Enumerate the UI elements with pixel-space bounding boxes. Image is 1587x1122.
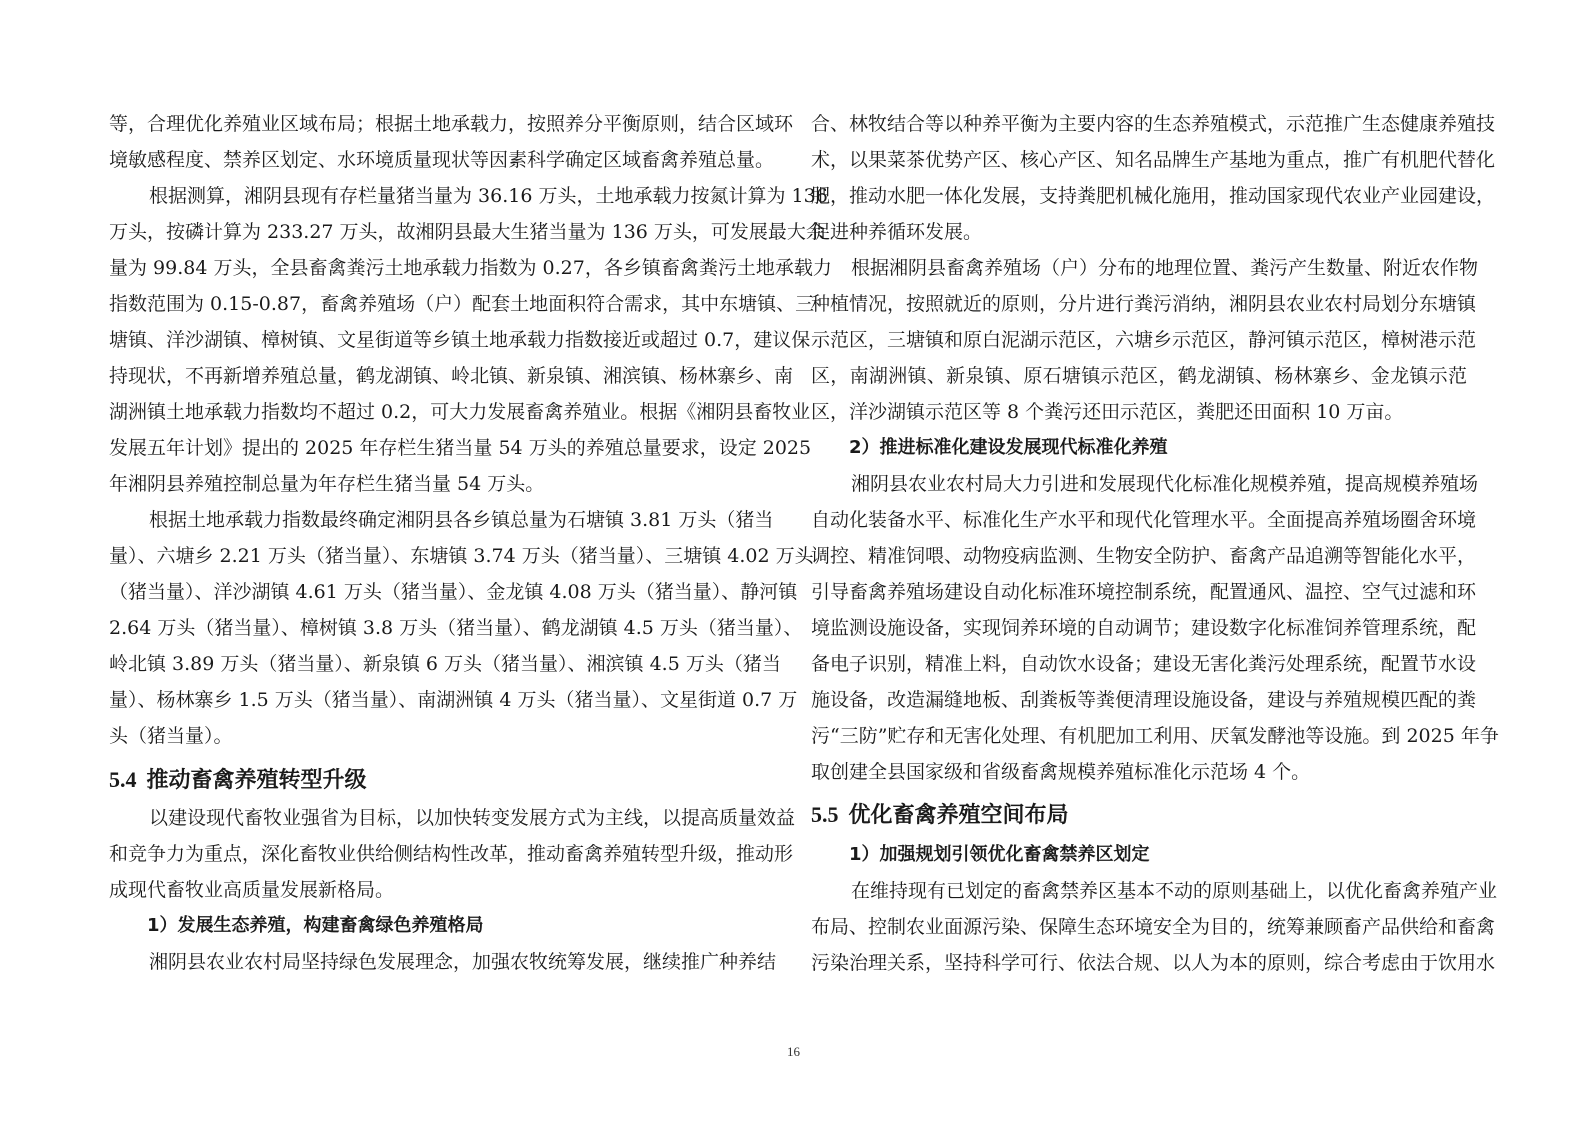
text-line: 促进种养循环发展。 [811,214,1467,250]
text-line: 根据测算，湘阴县现有存栏量猪当量为 36.16 万头，土地承载力按氮计算为 13… [109,178,765,214]
text-line: 岭北镇 3.89 万头（猪当量）、新泉镇 6 万头（猪当量）、湘滨镇 4.5 万… [109,646,765,682]
text-line: 以建设现代畜牧业强省为目标，以加快转变发展方式为主线，以提高质量效益 [109,800,765,836]
text-line: 指数范围为 0.15-0.87，畜禽养殖场（户）配套土地面积符合需求，其中东塘镇… [109,286,765,322]
text-line: 自动化装备水平、标准化生产水平和现代化管理水平。全面提高养殖场圈舍环境 [811,502,1467,538]
text-line: （猪当量）、洋沙湖镇 4.61 万头（猪当量）、金龙镇 4.08 万头（猪当量）… [109,574,765,610]
text-line: 在维持现有已划定的畜禽禁养区基本不动的原则基础上，以优化畜禽养殖产业 [811,873,1467,909]
text-line: 湘阴县农业农村局坚持绿色发展理念，加强农牧统筹发展，继续推广种养结 [109,944,765,980]
text-line: 塘镇、洋沙湖镇、樟树镇、文星街道等乡镇土地承载力指数接近或超过 0.7，建议保 [109,322,765,358]
text-line: 成现代畜牧业高质量发展新格局。 [109,872,765,908]
subheading-standardization: 2）推进标准化建设发展现代标准化养殖 [849,430,1168,466]
text-line: 等，合理优化养殖业区域布局；根据土地承载力，按照养分平衡原则，结合区域环 [109,106,765,142]
text-line: 湘阴县农业农村局大力引进和发展现代化标准化规模养殖，提高规模养殖场 [811,466,1467,502]
section-heading-5-4: 5.4推动畜禽养殖转型升级 [109,762,367,798]
text-line: 布局、控制农业面源污染、保障生态环境安全为目的，统筹兼顾畜产品供给和畜禽 [811,909,1467,945]
text-line: 和竞争力为重点，深化畜牧业供给侧结构性改革，推动畜禽养殖转型升级，推动形 [109,836,765,872]
text-line: 量）、六塘乡 2.21 万头（猪当量）、东塘镇 3.74 万头（猪当量）、三塘镇… [109,538,765,574]
text-line: 调控、精准饲喂、动物疫病监测、生物安全防护、畜禽产品追溯等智能化水平， [811,538,1467,574]
text-line: 区，南湖洲镇、新泉镇、原石塘镇示范区，鹤龙湖镇、杨林寨乡、金龙镇示范 [811,358,1467,394]
section-heading-5-5: 5.5优化畜禽养殖空间布局 [811,797,1069,833]
text-line: 肥，推动水肥一体化发展，支持粪肥机械化施用，推动国家现代农业产业园建设， [811,178,1467,214]
subheading-prohibited-zones: 1）加强规划引领优化畜禽禁养区划定 [849,837,1150,873]
text-line: 取创建全县国家级和省级畜禽规模养殖标准化示范场 4 个。 [811,754,1467,790]
text-line: 年湘阴县养殖控制总量为年存栏生猪当量 54 万头。 [109,466,765,502]
text-line: 境监测设施设备，实现饲养环境的自动调节；建设数字化标准饲养管理系统，配 [811,610,1467,646]
text-line: 根据土地承载力指数最终确定湘阴县各乡镇总量为石塘镇 3.81 万头（猪当 [109,502,765,538]
text-line: 区，洋沙湖镇示范区等 8 个粪污还田示范区，粪肥还田面积 10 万亩。 [811,394,1467,430]
text-line: 术，以果菜茶优势产区、核心产区、知名品牌生产基地为重点，推广有机肥代替化 [811,142,1467,178]
text-line: 备电子识别，精准上料，自动饮水设备；建设无害化粪污处理系统，配置节水设 [811,646,1467,682]
text-line: 湖洲镇土地承载力指数均不超过 0.2，可大力发展畜禽养殖业。根据《湘阴县畜牧业 [109,394,765,430]
text-line: 2.64 万头（猪当量）、樟树镇 3.8 万头（猪当量）、鹤龙湖镇 4.5 万头… [109,610,765,646]
text-line: 污“三防”贮存和无害化处理、有机肥加工利用、厌氧发酵池等设施。到 2025 年争 [811,718,1467,754]
section-title: 优化畜禽养殖空间布局 [849,803,1069,828]
text-line: 境敏感程度、禁养区划定、水环境质量现状等因素科学确定区域畜禽养殖总量。 [109,142,765,178]
section-number: 5.5 [811,802,839,827]
text-line: 量为 99.84 万头，全县畜禽粪污土地承载力指数为 0.27，各乡镇畜禽粪污土… [109,250,765,286]
text-line: 种植情况，按照就近的原则，分片进行粪污消纳，湘阴县农业农村局划分东塘镇 [811,286,1467,322]
text-line: 根据湘阴县畜禽养殖场（户）分布的地理位置、粪污产生数量、附近农作物 [811,250,1467,286]
text-line: 引导畜禽养殖场建设自动化标准环境控制系统，配置通风、温控、空气过滤和环 [811,574,1467,610]
text-line: 示范区，三塘镇和原白泥湖示范区，六塘乡示范区，静河镇示范区，樟树港示范 [811,322,1467,358]
text-line: 持现状，不再新增养殖总量，鹤龙湖镇、岭北镇、新泉镇、湘滨镇、杨林寨乡、南 [109,358,765,394]
text-line: 合、林牧结合等以种养平衡为主要内容的生态养殖模式，示范推广生态健康养殖技 [811,106,1467,142]
text-line: 污染治理关系，坚持科学可行、依法合规、以人为本的原则，综合考虑由于饮用水 [811,945,1467,981]
text-line: 头（猪当量）。 [109,718,765,754]
subheading-ecological-farming: 1）发展生态养殖，构建畜禽绿色养殖格局 [147,908,484,944]
text-line: 万头，按磷计算为 233.27 万头，故湘阴县最大生猪当量为 136 万头，可发… [109,214,765,250]
page-number: 16 [0,1044,1587,1060]
section-title: 推动畜禽养殖转型升级 [147,768,367,793]
document-page: 等，合理优化养殖业区域布局；根据土地承载力，按照养分平衡原则，结合区域环境敏感程… [0,0,1587,1122]
text-line: 施设备，改造漏缝地板、刮粪板等粪便清理设施设备，建设与养殖规模匹配的粪 [811,682,1467,718]
text-line: 量）、杨林寨乡 1.5 万头（猪当量）、南湖洲镇 4 万头（猪当量）、文星街道 … [109,682,765,718]
section-number: 5.4 [109,767,137,792]
text-line: 发展五年计划》提出的 2025 年存栏生猪当量 54 万头的养殖总量要求，设定 … [109,430,765,466]
